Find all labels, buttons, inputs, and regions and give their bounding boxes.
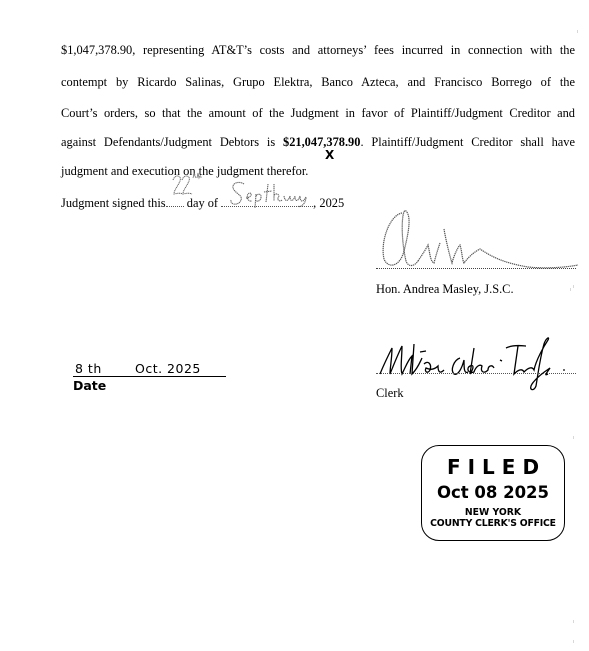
body-line-2: contempt by Ricardo Salinas, Grupo Elekt… xyxy=(61,75,575,89)
date-month-year: Oct. 2025 xyxy=(135,361,201,376)
date-rule xyxy=(73,376,226,377)
stamp-date: Oct 08 2025 xyxy=(422,483,564,502)
stamp-line-1: NEW YORK xyxy=(422,507,564,518)
clerk-signature-line xyxy=(376,373,576,374)
scan-speck xyxy=(573,640,574,643)
date-day: 8 th xyxy=(75,361,102,376)
clerk-label: Clerk xyxy=(376,386,404,401)
body-line-1: $1,047,378.90, representing AT&T’s costs… xyxy=(61,43,575,57)
judge-signature-line xyxy=(376,268,576,269)
body-line-4: against Defendants/Judgment Debtors is $… xyxy=(61,135,575,149)
judge-name: Hon. Andrea Masley, J.S.C. xyxy=(376,282,514,297)
scan-speck xyxy=(573,285,574,288)
scan-speck xyxy=(570,288,571,291)
body-line-4-after: . Plaintiff/Judgment Creditor shall have xyxy=(360,135,575,149)
clerk-signature xyxy=(378,334,568,394)
handwritten-month xyxy=(228,178,324,212)
date-label: Date xyxy=(73,378,106,393)
scan-speck xyxy=(573,620,574,623)
x-mark: X xyxy=(325,148,334,162)
body-line-5: judgment and execution on the judgment t… xyxy=(61,164,575,178)
body-line-3: Court’s orders, so that the amount of th… xyxy=(61,106,575,120)
handwritten-day xyxy=(170,172,204,206)
judgment-amount: $21,047,378.90 xyxy=(283,135,360,149)
document-page: $1,047,378.90, representing AT&T’s costs… xyxy=(0,0,589,651)
body-line-4-before: against Defendants/Judgment Debtors is xyxy=(61,135,283,149)
stamp-title: FILED xyxy=(422,455,564,479)
judge-signature xyxy=(378,205,578,271)
filed-stamp: FILED Oct 08 2025 NEW YORK COUNTY CLERK'… xyxy=(421,445,565,541)
scan-speck xyxy=(577,30,578,33)
scan-speck xyxy=(573,436,574,439)
signed-prefix: Judgment signed this xyxy=(61,196,166,210)
stamp-line-2: COUNTY CLERK'S OFFICE xyxy=(420,518,566,529)
